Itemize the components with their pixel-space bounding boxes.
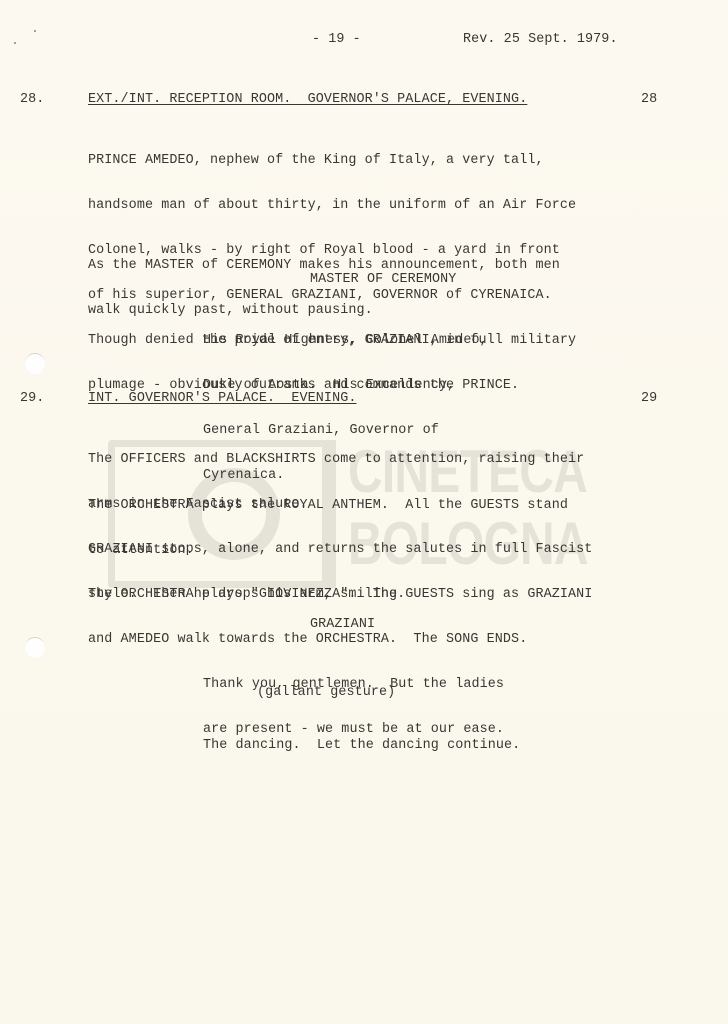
character-name: MASTER OF CEREMONY	[310, 272, 456, 287]
dialogue-line: The dancing. Let the dancing continue.	[203, 738, 520, 753]
parenthetical: (gallant gesture)	[257, 685, 395, 700]
action-line: and AMEDEO walk towards the ORCHESTRA. T…	[88, 632, 648, 647]
scene-heading: INT. GOVERNOR'S PALACE. EVENING.	[88, 391, 356, 406]
punch-hole	[25, 353, 45, 374]
page-number: - 19 -	[312, 32, 361, 47]
action-line: PRINCE AMEDEO, nephew of the King of Ita…	[88, 153, 648, 168]
action-line: GRAZIANI stops, alone, and returns the s…	[88, 542, 648, 557]
punch-hole	[25, 637, 45, 658]
scene-number-right: 28	[641, 92, 657, 107]
revision-date: Rev. 25 Sept. 1979.	[463, 32, 618, 47]
paper-speck	[14, 42, 16, 44]
scene-heading: EXT./INT. RECEPTION ROOM. GOVERNOR'S PAL…	[88, 92, 527, 107]
action-line: The ORCHESTRA plays the ROYAL ANTHEM. Al…	[88, 498, 648, 513]
scene-number-left: 28.	[20, 92, 44, 107]
action-line: handsome man of about thirty, in the uni…	[88, 198, 648, 213]
scene-number-left: 29.	[20, 391, 44, 406]
scene-number-right: 29	[641, 391, 657, 406]
action-line: The OFFICERS and BLACKSHIRTS come to att…	[88, 452, 648, 467]
action-line: As the MASTER of CEREMONY makes his anno…	[88, 258, 648, 273]
action-line: The ORCHESTRA plays "GIOVINEZZA". The GU…	[88, 587, 648, 602]
paper-speck	[34, 30, 36, 32]
character-name: GRAZIANI	[310, 617, 375, 632]
script-page: CINETECA BOLOGNA - 19 - Rev. 25 Sept. 19…	[0, 0, 728, 1024]
dialogue-line: His Royal Highness, Colonel Amedeo,	[203, 333, 488, 348]
dialogue-block: The dancing. Let the dancing continue.	[203, 708, 520, 783]
